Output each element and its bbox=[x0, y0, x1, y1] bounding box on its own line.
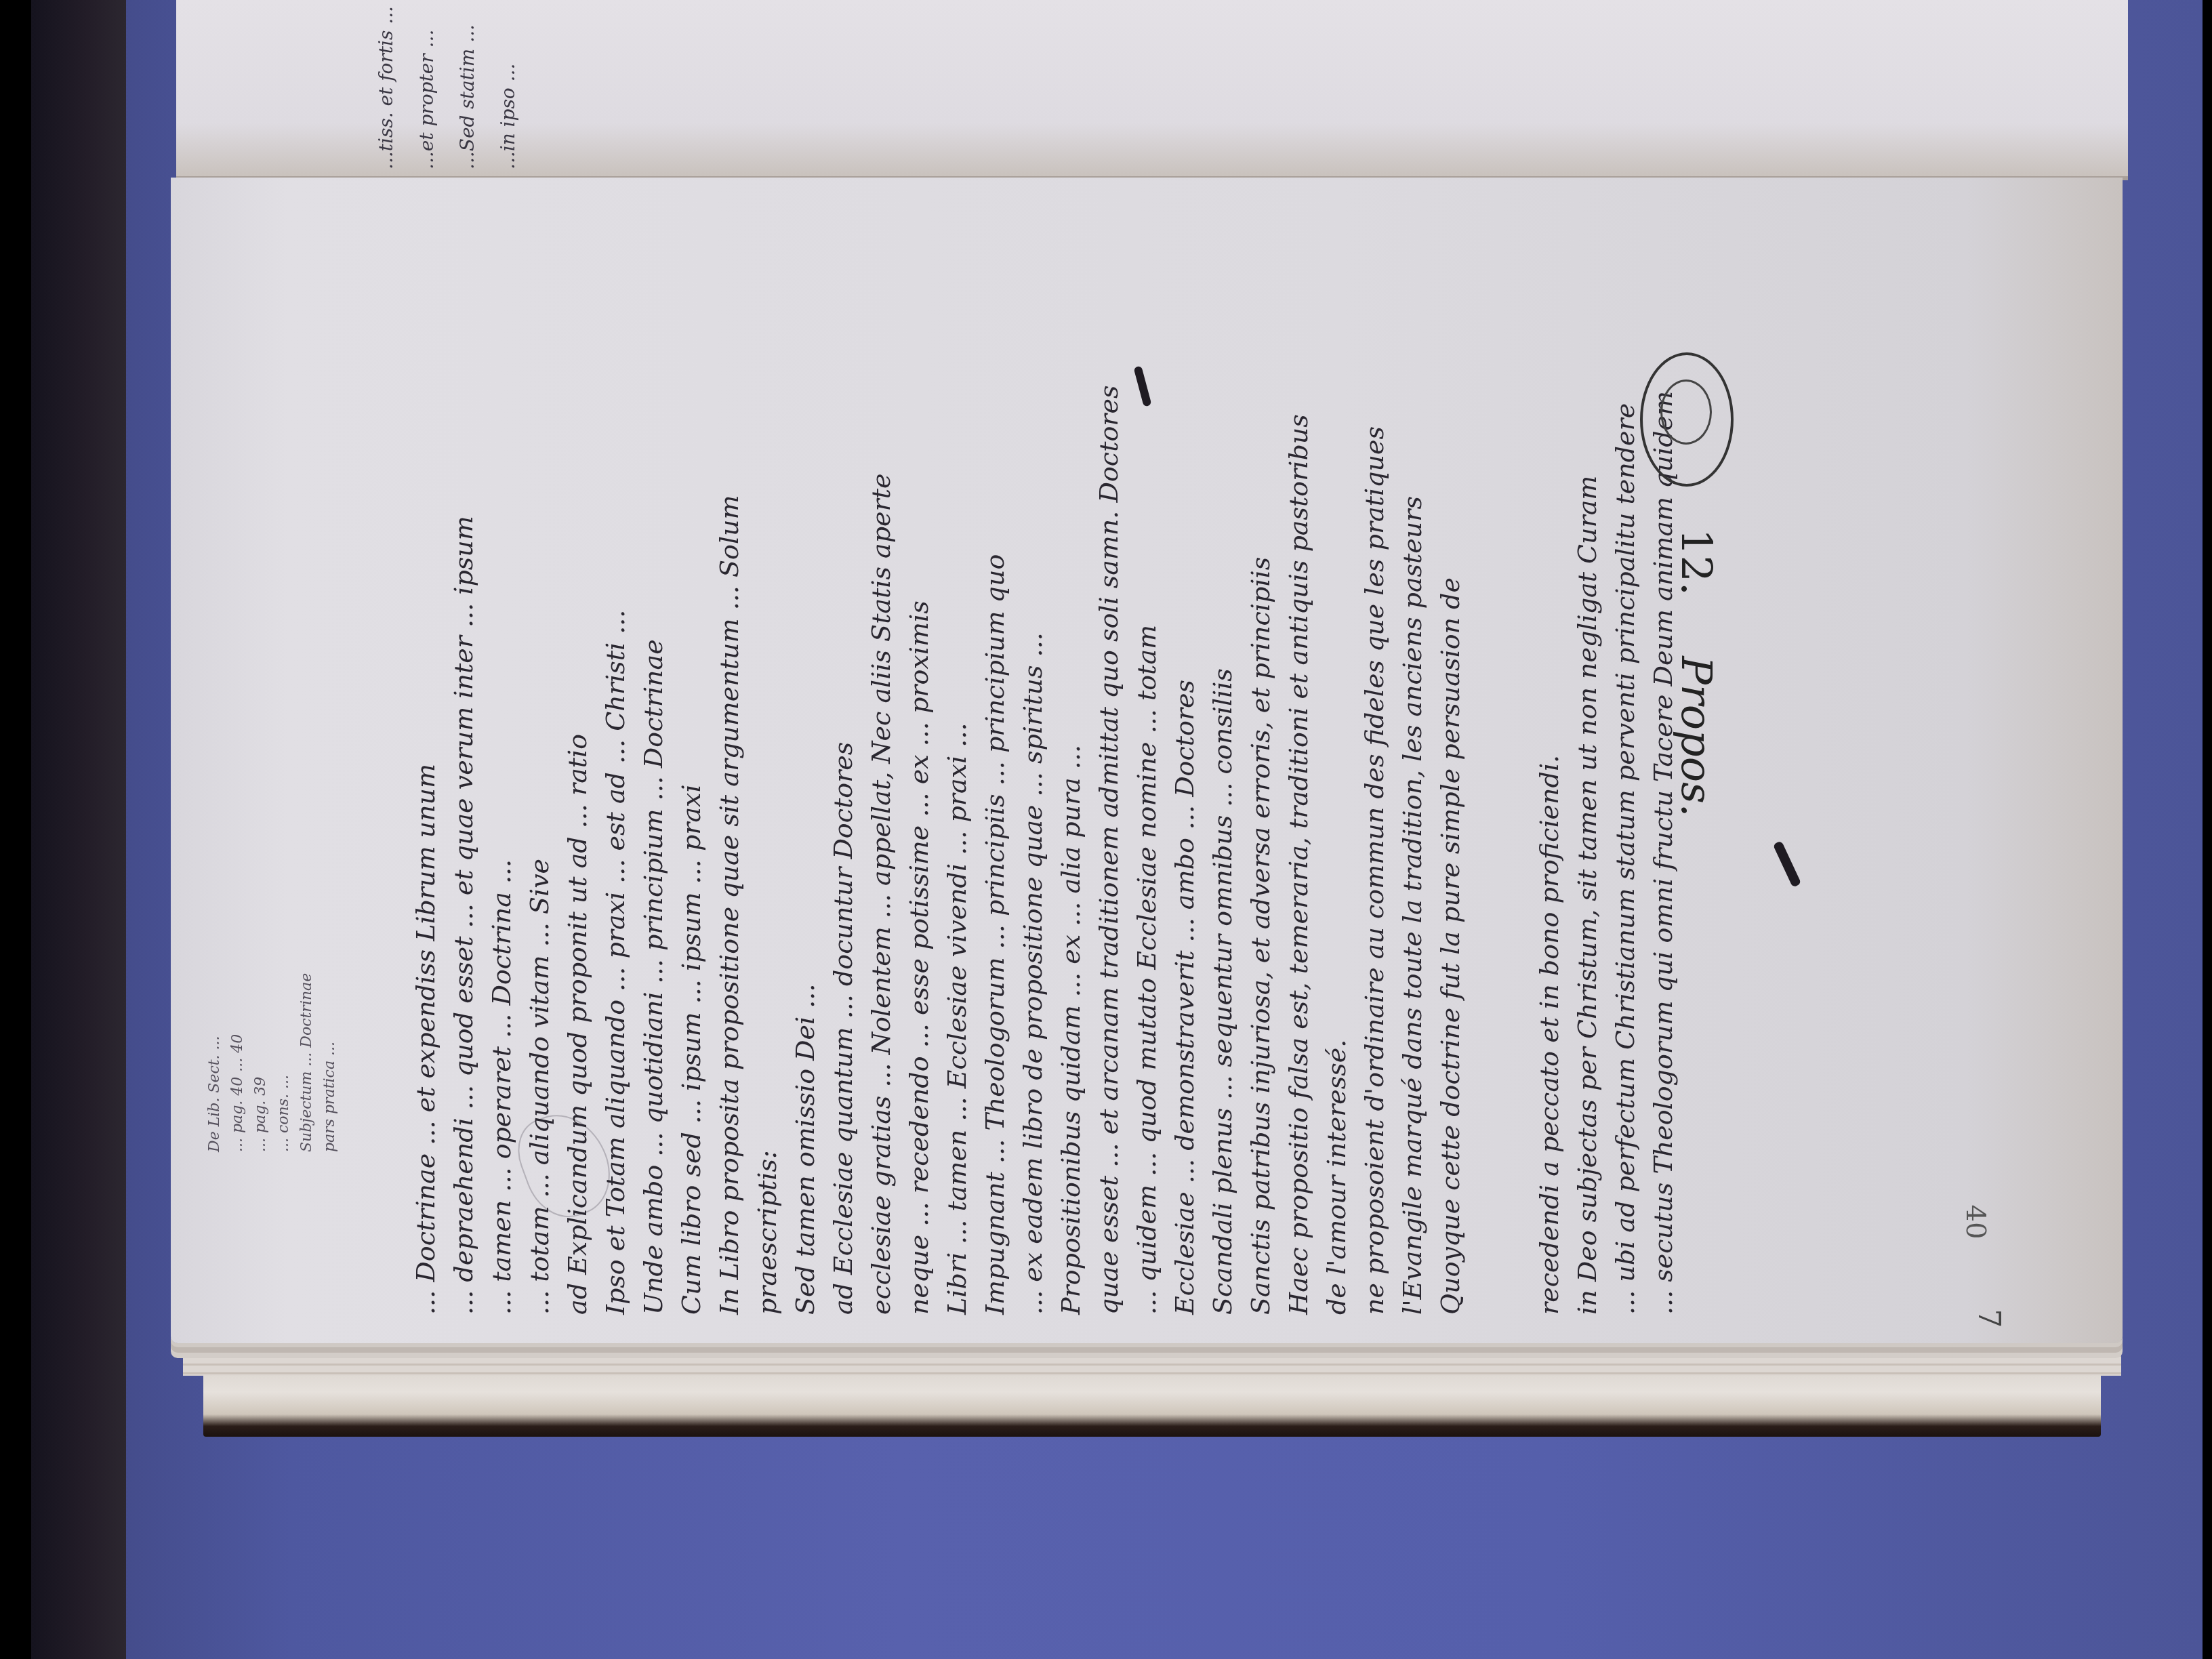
text-line: ad Ecclesiae quantum ... docuntur Doctor… bbox=[824, 217, 862, 1315]
text-line: ...Sed statim ... bbox=[447, 0, 488, 169]
text-line: praescriptis: bbox=[748, 217, 786, 1315]
margin-note: pars pratica ... bbox=[319, 190, 342, 1152]
text-line: Sanctis patribus injuriosa, et adversa e… bbox=[1242, 217, 1279, 1315]
text-line: ... Doctrinae ... et expendiss Librum un… bbox=[407, 217, 445, 1315]
upper-page-text: ...tiss. et fortis ... pro eadem... ...e… bbox=[366, 0, 529, 169]
text-line: Scandali plenus ... sequentur omnibus ..… bbox=[1204, 217, 1242, 1315]
section-title: Propos. bbox=[1672, 656, 1721, 817]
text-line: ... quidem ... quod mutato Ecclesiae nom… bbox=[1128, 217, 1166, 1315]
folio-number: 40 bbox=[1960, 1205, 1991, 1240]
text-line: neque ... recedendo ... esse potissime .… bbox=[900, 217, 938, 1315]
text-line: Sed tamen omissio Dei ... bbox=[786, 217, 824, 1315]
margin-note: ... pag. 39 bbox=[249, 190, 272, 1152]
text-line: ne proposoient d'ordinaire au commun des… bbox=[1355, 217, 1393, 1315]
photo-scene: ...tiss. et fortis ... pro eadem... ...e… bbox=[0, 0, 2212, 1659]
text-line: Propositionibus quidam ... ex ... alia p… bbox=[1052, 217, 1090, 1315]
margin-notes: De Lib. Sect. ... ... pag. 40 ... 40 ...… bbox=[203, 190, 342, 1152]
text-line: Ecclesiae ... demonstraverit ... ambo ..… bbox=[1166, 217, 1204, 1315]
text-line: in Deo subjectas per Christum, sit tamen… bbox=[1568, 217, 1606, 1315]
text-line: Impugnant ... Theologorum ... principiis… bbox=[976, 217, 1014, 1315]
text-line: ... totam ... aliquando vitam ... Sive bbox=[520, 217, 558, 1315]
text-line: de l'amour interessé. bbox=[1317, 217, 1355, 1315]
section-number: 12. bbox=[1672, 529, 1721, 596]
main-text-block: ... Doctrinae ... et expendiss Librum un… bbox=[407, 217, 1682, 1315]
text-line: Ipso et Totam aliquando ... praxi ... es… bbox=[596, 217, 634, 1315]
text-line: Libri ... tamen ... Ecclesiae vivendi ..… bbox=[938, 217, 976, 1315]
upper-facing-page: ...tiss. et fortis ... pro eadem... ...e… bbox=[176, 0, 2128, 180]
text-line: ...et propter ... bbox=[407, 0, 447, 169]
text-line: Unde ambo ... quotidiani ... principium … bbox=[634, 217, 672, 1315]
section-heading: 12. Propos. bbox=[1672, 529, 1721, 817]
corner-mark: 7 bbox=[1971, 1309, 2006, 1328]
margin-note: ... cons. ... bbox=[272, 190, 295, 1152]
text-line: ...in ipso ... bbox=[488, 0, 529, 169]
drop-cap-q-inner bbox=[1660, 380, 1712, 445]
left-letterbox bbox=[0, 0, 31, 1659]
text-line: ... tamen ... operaret ... Doctrina ... bbox=[483, 217, 520, 1315]
right-letterbox bbox=[2203, 0, 2212, 1659]
text-line: l'Evangile marqué dans toute la traditio… bbox=[1393, 217, 1431, 1315]
text-line: ... ubi ad perfectum Christianum statum … bbox=[1606, 217, 1644, 1315]
text-line: In Libro proposita propositione quae sit… bbox=[710, 217, 748, 1315]
text-line: quae esset ... et arcanam traditionem ad… bbox=[1090, 217, 1128, 1315]
text-line: ad Explicandum quod proponit ut ad ... r… bbox=[558, 217, 596, 1315]
text-line: Cum libro sed ... ipsum ... ipsum ... pr… bbox=[672, 217, 710, 1315]
text-line: Quoyque cette doctrine fut la pure simpl… bbox=[1431, 217, 1469, 1315]
text-line: Haec propositio falsa est, temeraria, tr… bbox=[1279, 217, 1317, 1315]
text-line: ... ex eadem libro de propositione quae … bbox=[1014, 217, 1052, 1315]
margin-note: ... pag. 40 ... 40 bbox=[226, 190, 249, 1152]
margin-note: De Lib. Sect. ... bbox=[203, 190, 226, 1152]
margin-note: Subjectum ... Doctrinae bbox=[295, 190, 319, 1152]
text-line bbox=[1469, 217, 1530, 1315]
text-line: ... depraehendi ... quod esset ... et qu… bbox=[445, 217, 483, 1315]
text-line: ...tiss. et fortis ... pro eadem... bbox=[366, 0, 407, 169]
text-line: recedendi a peccato et in bono proficien… bbox=[1530, 217, 1568, 1315]
text-line: ecclesiae gratias ... Nolentem ... appel… bbox=[862, 217, 900, 1315]
book-shadow-strip bbox=[31, 0, 126, 1659]
